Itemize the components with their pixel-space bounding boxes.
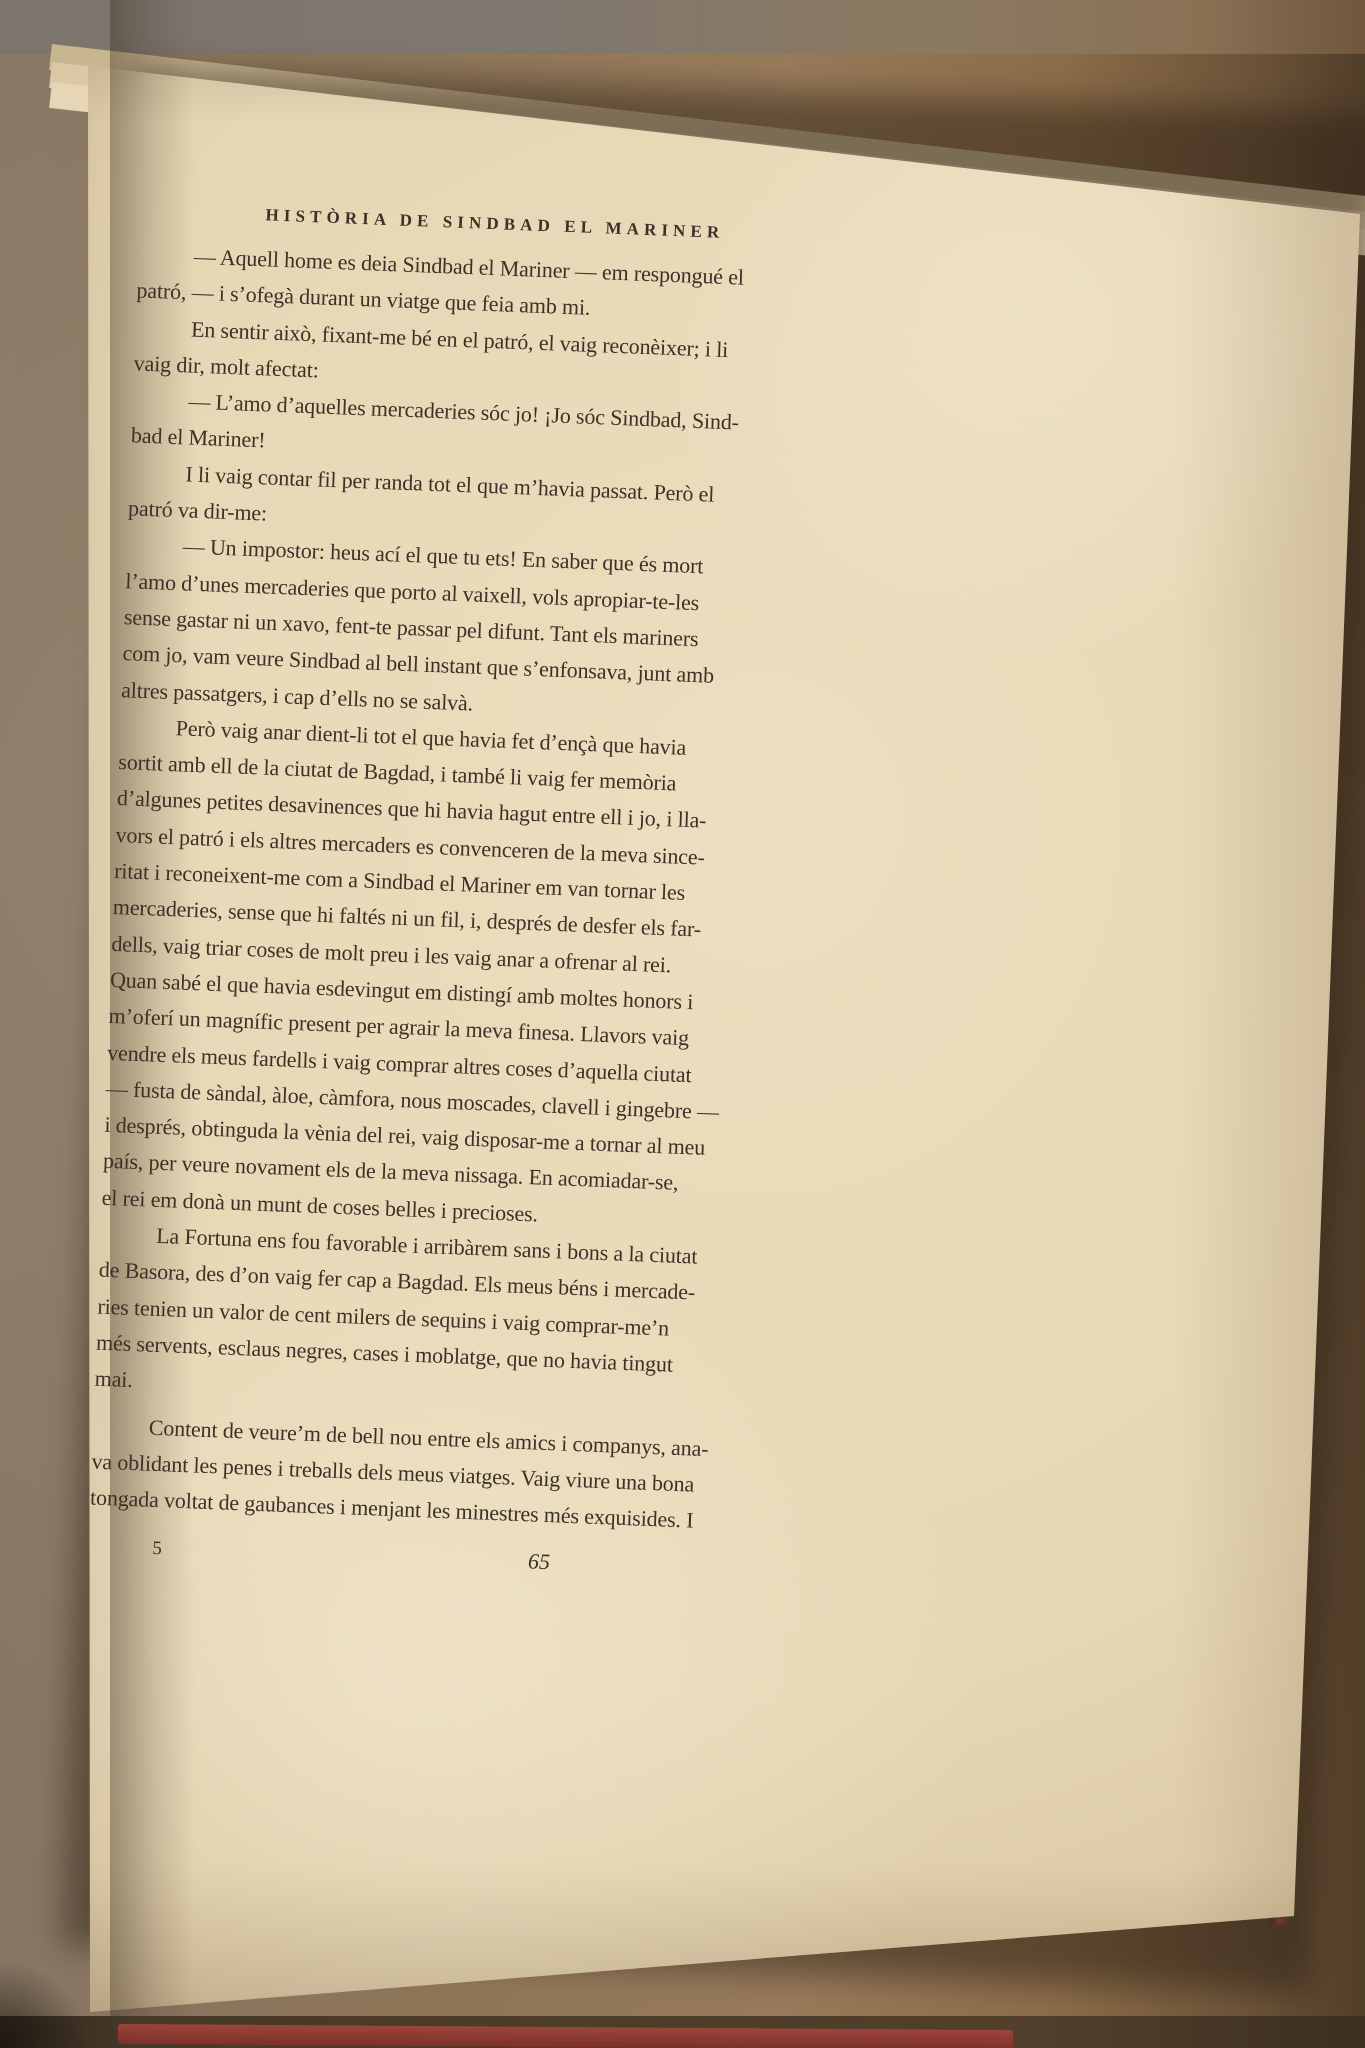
- page-text: HISTÒRIA DE SINDBAD EL MARINER — Aquell …: [87, 200, 845, 1598]
- corner-shadow: [0, 1930, 120, 2048]
- signature-number: 5: [152, 1538, 162, 1560]
- book-photo: HISTÒRIA DE SINDBAD EL MARINER — Aquell …: [0, 0, 1365, 2048]
- table-backdrop: [0, 0, 1365, 54]
- body-text: — Aquell home es deia Sindbad el Mariner…: [89, 236, 844, 1543]
- page-number: 65: [528, 1549, 551, 1576]
